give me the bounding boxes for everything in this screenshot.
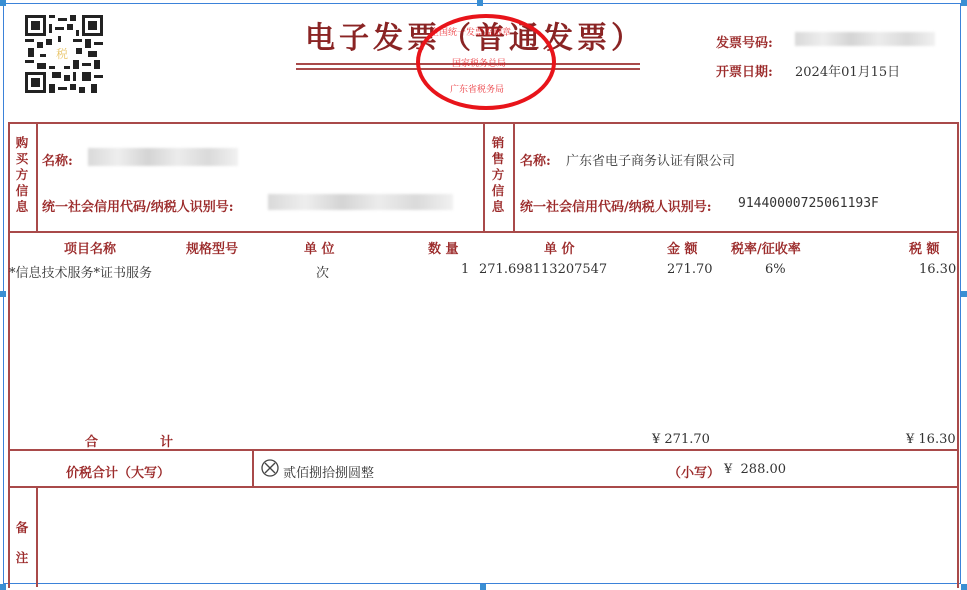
- item-unit: 次: [316, 262, 329, 281]
- seller-side-label: 销售方信息: [490, 135, 506, 215]
- resize-handle-top-left[interactable]: [0, 0, 6, 6]
- total-label-he: 合: [85, 431, 98, 450]
- col-header-unit-price: 单 价: [544, 238, 575, 257]
- col-header-unit: 单 位: [304, 238, 335, 257]
- seller-tax-id-value: 91440000725061193F: [738, 196, 879, 211]
- col-header-amount: 金 额: [667, 238, 698, 257]
- grand-total-divider: [8, 486, 958, 488]
- resize-handle-bottom-right[interactable]: [961, 584, 967, 590]
- col-header-item-name: 项目名称: [64, 238, 116, 257]
- item-name: *信息技术服务*证书服务: [9, 262, 152, 281]
- invoice-number-redacted: [795, 32, 935, 46]
- item-amount: 271.70: [667, 262, 713, 277]
- table-border-right: [957, 122, 959, 588]
- resize-handle-top-mid[interactable]: [477, 0, 483, 6]
- col-header-tax-rate: 税率/征收率: [731, 238, 801, 257]
- col-header-quantity: 数 量: [428, 238, 459, 257]
- seal-arc-text: 全国统一发票监制章: [430, 25, 511, 38]
- total-label-ji: 计: [160, 431, 173, 450]
- item-quantity: 1: [461, 262, 469, 277]
- buyer-seller-divider: [483, 122, 485, 232]
- seller-name-label: 名称:: [520, 150, 551, 169]
- issue-date-value: 2024年01月15日: [795, 61, 900, 80]
- seller-side-divider: [513, 122, 515, 232]
- grand-total-uppercase: 贰佰捌拾捌圆整: [283, 462, 374, 481]
- seal-middle-text: 国家税务总局: [452, 56, 506, 69]
- buyer-tax-id-redacted: [268, 194, 453, 210]
- col-header-tax: 税 额: [909, 238, 940, 257]
- buyer-name-label: 名称:: [42, 150, 73, 169]
- resize-handle-top-right[interactable]: [961, 0, 967, 6]
- totals-divider: [8, 449, 958, 451]
- qr-center-label: 税: [55, 45, 69, 62]
- buyer-name-redacted: [88, 148, 238, 166]
- buyer-side-label: 购买方信息: [14, 135, 30, 215]
- resize-handle-left-mid[interactable]: [0, 291, 6, 297]
- total-tax: ¥ 16.30: [906, 432, 956, 447]
- table-border-left: [8, 122, 10, 588]
- col-header-spec: 规格型号: [186, 238, 238, 257]
- seller-tax-id-label: 统一社会信用代码/纳税人识别号:: [520, 196, 712, 215]
- circle-x-icon: [261, 459, 279, 477]
- remarks-side-divider: [36, 487, 38, 587]
- seal-bottom-text: 广东省税务局: [450, 82, 504, 95]
- buyer-tax-id-label: 统一社会信用代码/纳税人识别号:: [42, 196, 234, 215]
- item-unit-price: 271.698113207547: [479, 262, 607, 277]
- resize-handle-bottom-mid[interactable]: [480, 584, 486, 590]
- item-tax-rate: 6%: [765, 262, 786, 277]
- resize-handle-bottom-left[interactable]: [0, 584, 6, 590]
- grand-total-lowercase-label: （小写）: [668, 462, 720, 481]
- invoice-number-label: 发票号码:: [716, 32, 773, 51]
- resize-handle-right-mid[interactable]: [961, 291, 967, 297]
- remarks-label: 备注: [14, 513, 30, 573]
- total-amount: ¥ 271.70: [652, 432, 710, 447]
- issue-date-label: 开票日期:: [716, 61, 773, 80]
- grand-total-lowercase-value: ¥ 288.00: [724, 462, 786, 477]
- seller-name-value: 广东省电子商务认证有限公司: [566, 150, 735, 169]
- grand-total-label-divider: [252, 450, 254, 487]
- buyer-side-divider: [36, 122, 38, 232]
- grand-total-label: 价税合计（大写）: [66, 462, 170, 481]
- item-tax: 16.30: [919, 262, 956, 277]
